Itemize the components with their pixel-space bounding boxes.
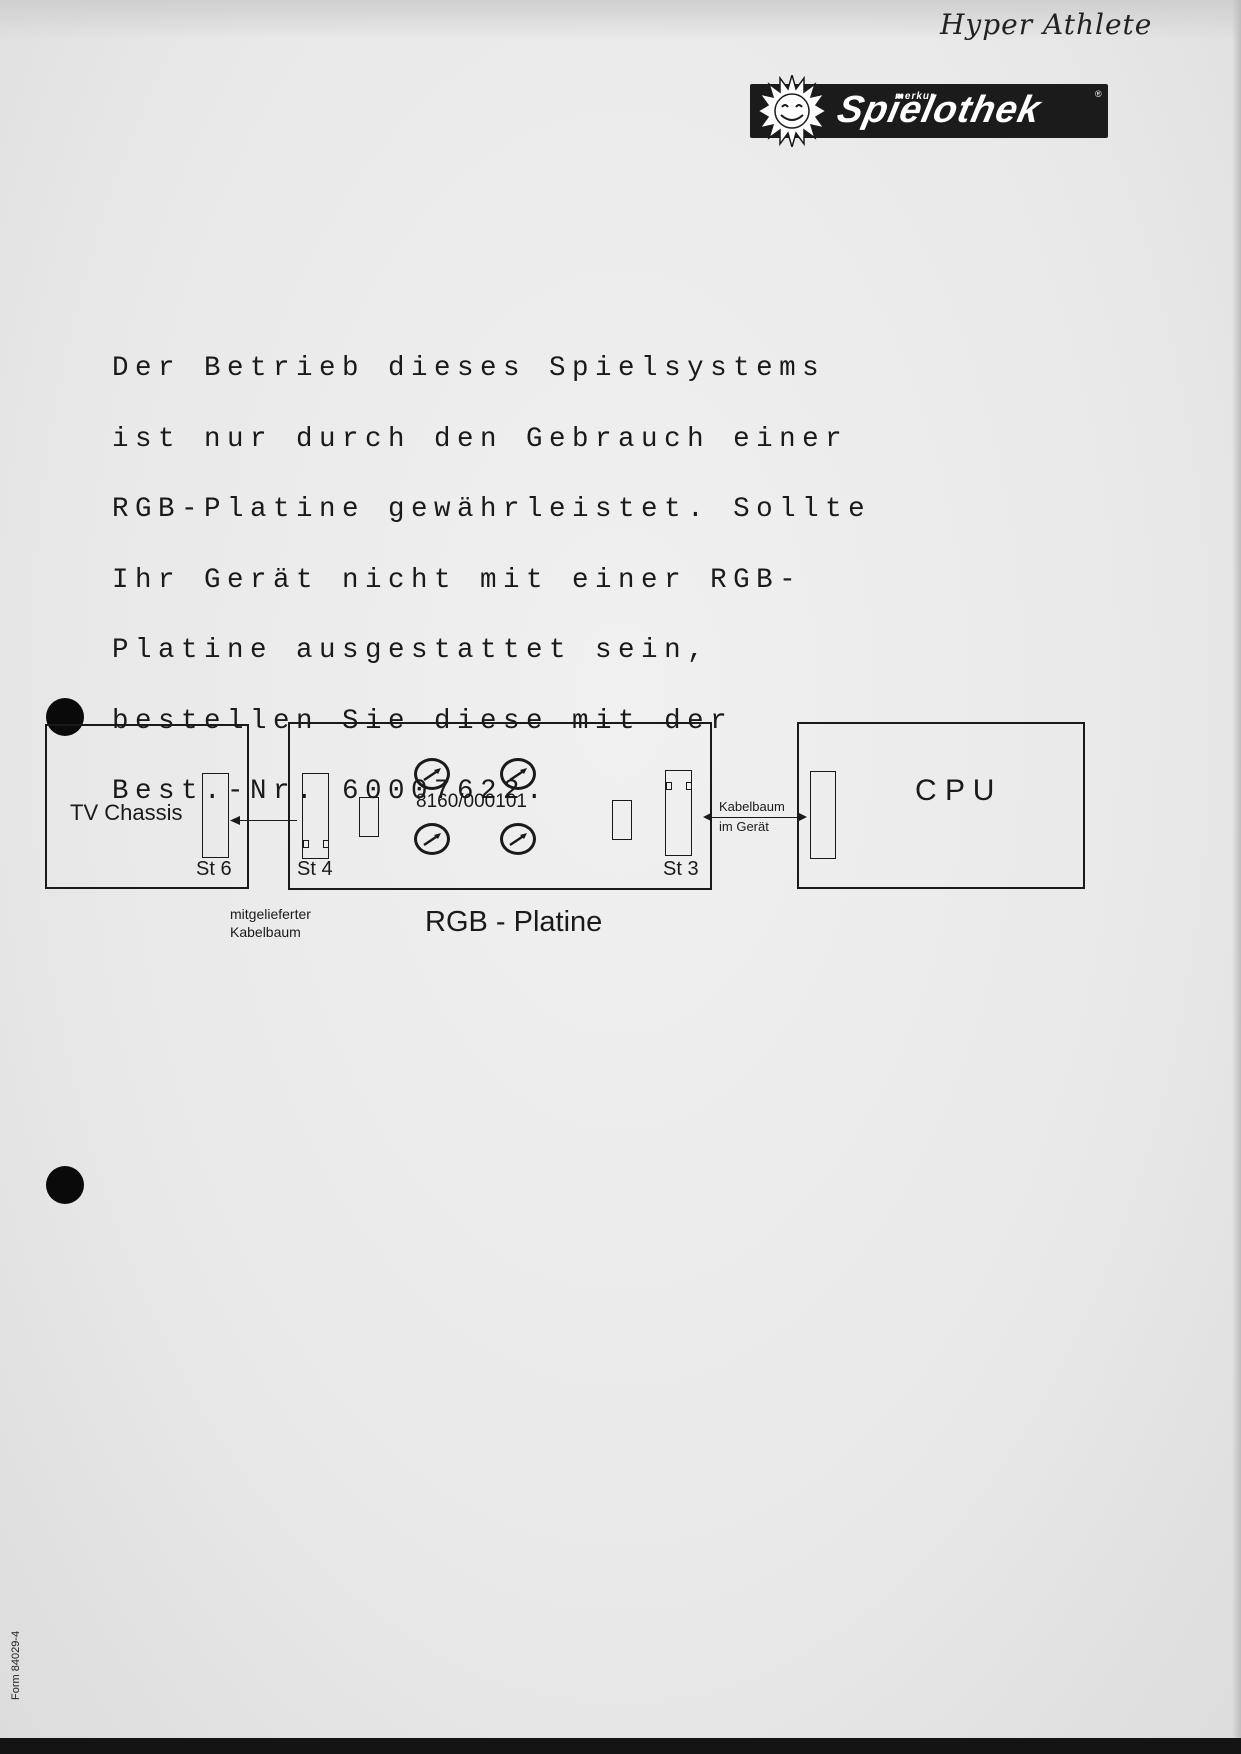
cpu-label: C P U xyxy=(915,774,994,808)
pin-marker xyxy=(666,782,672,790)
arrow-head-icon xyxy=(230,815,240,826)
component-small-left xyxy=(359,797,379,837)
notice-line: Der Betrieb dieses Spielsystems xyxy=(112,357,871,381)
pin-marker xyxy=(323,840,329,848)
connector-st6 xyxy=(202,773,229,858)
rgb-board-title: RGB - Platine xyxy=(425,906,602,939)
cable-supplied-label-1: mitgelieferter xyxy=(230,906,311,922)
scan-border-bottom xyxy=(0,1738,1241,1754)
pin-marker xyxy=(686,782,692,790)
form-number: Form 84029-4 xyxy=(10,1631,22,1700)
cable-internal-line xyxy=(706,817,804,818)
potentiometer-icon xyxy=(414,758,450,790)
notice-line: ist nur durch den Gebrauch einer xyxy=(112,428,871,452)
logo-brand-main: Spielothek xyxy=(833,89,1044,132)
smiling-sun-icon xyxy=(758,75,826,147)
tv-chassis-label: TV Chassis xyxy=(70,800,182,826)
arrow-head-icon xyxy=(703,812,711,822)
rgb-board-part-number: 8160/000101 xyxy=(416,791,527,813)
punch-hole-bottom xyxy=(46,1166,84,1204)
scan-shadow-right xyxy=(1232,0,1241,1754)
potentiometer-icon xyxy=(500,823,536,855)
notice-line: Ihr Gerät nicht mit einer RGB- xyxy=(112,569,871,593)
logo-registered-mark: ® xyxy=(1095,89,1102,99)
pin-marker xyxy=(303,840,309,848)
notice-line: RGB-Platine gewährleistet. Sollte xyxy=(112,498,871,522)
component-small-right xyxy=(612,800,632,840)
connector-cpu xyxy=(810,771,836,859)
connector-st6-label: St 6 xyxy=(196,858,232,881)
handwritten-note: Hyper Athlete xyxy=(940,8,1152,41)
notice-line: Platine ausgestattet sein, xyxy=(112,639,871,663)
connector-st4-label: St 4 xyxy=(297,858,333,881)
potentiometer-icon xyxy=(500,758,536,790)
potentiometer-icon xyxy=(414,823,450,855)
cable-internal-label-2: im Gerät xyxy=(719,819,769,834)
connector-st3-label: St 3 xyxy=(663,858,699,881)
cable-internal-label-1: Kabelbaum xyxy=(719,799,785,814)
spielothek-logo: merkur Spielothek ® xyxy=(750,75,1110,150)
cable-supplied-label-2: Kabelbaum xyxy=(230,924,301,940)
